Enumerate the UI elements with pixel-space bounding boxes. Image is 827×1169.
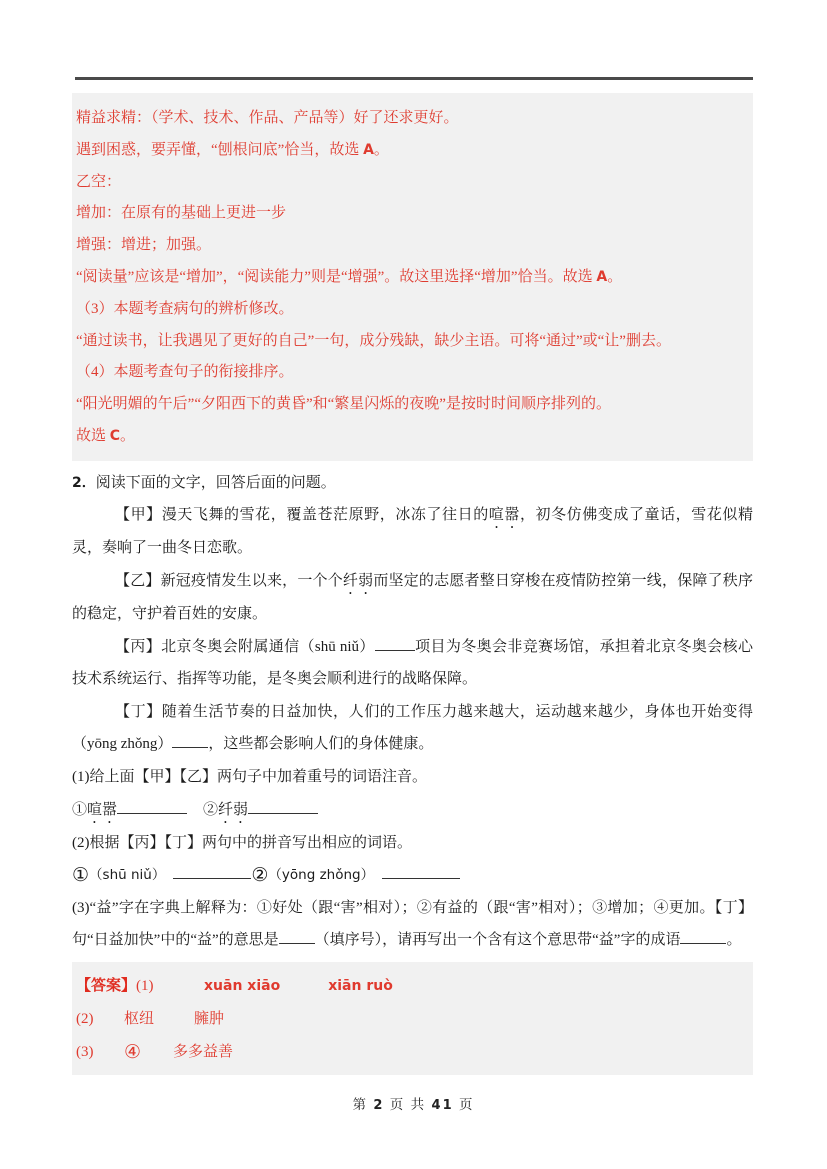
explanation-line: “阅读量”应该是“增加”，“阅读能力”则是“增强”。故这里选择“增加”恰当。故选… (76, 262, 749, 294)
total-pages: 41 (432, 1098, 454, 1113)
explanation-line: 乙空： (76, 167, 749, 199)
answer-word: 多多益善 (173, 1044, 233, 1060)
circled-number: ① (72, 865, 89, 886)
explanation-block: 精益求精：（学术、技术、作品、产品等）好了还求更好。 遇到困惑，要弄懂，“刨根问… (72, 93, 753, 461)
explanation-line: 增强：增进；加强。 (76, 230, 749, 262)
blank-line (279, 931, 315, 944)
explanation-line: 精益求精：（学术、技术、作品、产品等）好了还求更好。 (76, 103, 749, 135)
sub-question-2-label: (2)根据【丙】【丁】两句中的拼音写出相应的词语。 (72, 827, 753, 860)
pinyin: （yōng zhǒng） (268, 867, 374, 883)
blank-line (680, 931, 726, 944)
explanation-line: 增加：在原有的基础上更进一步 (76, 198, 749, 230)
answer-pinyin: xuān xiāo (204, 978, 280, 994)
blank-line (382, 866, 460, 879)
answer-row: (2)枢纽臃肿 (76, 1003, 749, 1036)
page-footer: 第 2 页 共 41 页 (0, 1093, 827, 1113)
answer-row: 【答案】(1)xuān xiāoxiān ruò (76, 970, 749, 1003)
circled-number: ② (251, 865, 268, 886)
sub-question-1-items: ①喧嚣②纤弱 (72, 794, 753, 827)
question-title: 2．阅读下面的文字，回答后面的问题。 (72, 467, 753, 500)
page-content: 精益求精：（学术、技术、作品、产品等）好了还求更好。 遇到困惑，要弄懂，“刨根问… (72, 93, 753, 1075)
circled-number: ② (203, 802, 218, 818)
explanation-line: （3）本题考查病句的辨析修改。 (76, 294, 749, 326)
explanation-line: 故选 C。 (76, 421, 749, 453)
page-number: 2 (373, 1098, 384, 1113)
answer-label: 【答案】 (76, 978, 136, 994)
pinyin: （shū niǔ） (89, 867, 165, 883)
paragraph-yi: 【乙】新冠疫情发生以来，一个个纤弱而坚定的志愿者整日穿梭在疫情防控第一线，保障了… (72, 565, 753, 631)
answer-pinyin: xiān ruò (328, 978, 393, 994)
question-number: 2． (72, 475, 96, 491)
answer-block: 【答案】(1)xuān xiāoxiān ruò (2)枢纽臃肿 (3)④多多益… (72, 962, 753, 1075)
answer-word: 枢纽 (124, 1011, 154, 1027)
blank-line (117, 801, 187, 814)
blank-line (248, 801, 318, 814)
sub-question-2-items: ①（shū niǔ）②（yōng zhǒng） (72, 859, 753, 892)
explanation-line: “通过读书，让我遇见了更好的自己”一句，成分残缺，缺少主语。可将“通过”或“让”… (76, 326, 749, 358)
emphasized-word: 纤弱 (343, 573, 373, 589)
sub-question-3: (3)“益”字在字典上解释为：①好处（跟“害”相对）；②有益的（跟“害”相对）；… (72, 892, 753, 957)
explanation-line: “阳光明媚的午后”“夕阳西下的黄昏”和“繁星闪烁的夜晚”是按时时间顺序排列的。 (76, 389, 749, 421)
answer-word: 臃肿 (194, 1011, 224, 1027)
paragraph-bing: 【丙】北京冬奥会附属通信（shū niǔ）项目为冬奥会非竞赛场馆，承担着北京冬奥… (72, 631, 753, 696)
emphasized-word: 喧嚣 (87, 802, 117, 818)
blank-line (172, 735, 208, 748)
blank-line (173, 866, 251, 879)
explanation-line: 遇到困惑，要弄懂，“刨根问底”恰当，故选 A。 (76, 135, 749, 167)
question-section: 2．阅读下面的文字，回答后面的问题。 【甲】漫天飞舞的雪花，覆盖苍茫原野，冰冻了… (72, 467, 753, 957)
emphasized-word: 喧嚣 (489, 507, 520, 523)
paragraph-ding: 【丁】随着生活节奏的日益加快，人们的工作压力越来越大，运动越来越少，身体也开始变… (72, 696, 753, 761)
explanation-line: （4）本题考查句子的衔接排序。 (76, 357, 749, 389)
answer-row: (3)④多多益善 (76, 1036, 749, 1069)
paragraph-jia: 【甲】漫天飞舞的雪花，覆盖苍茫原野，冰冻了往日的喧嚣，初冬仿佛变成了童话，雪花似… (72, 499, 753, 565)
circled-answer-number: ④ (124, 1042, 141, 1063)
emphasized-word: 纤弱 (218, 802, 248, 818)
header-rule (75, 77, 753, 80)
sub-question-1-label: (1)给上面【甲】【乙】两句子中加着重号的词语注音。 (72, 761, 753, 794)
blank-line (375, 638, 415, 651)
circled-number: ① (72, 802, 87, 818)
